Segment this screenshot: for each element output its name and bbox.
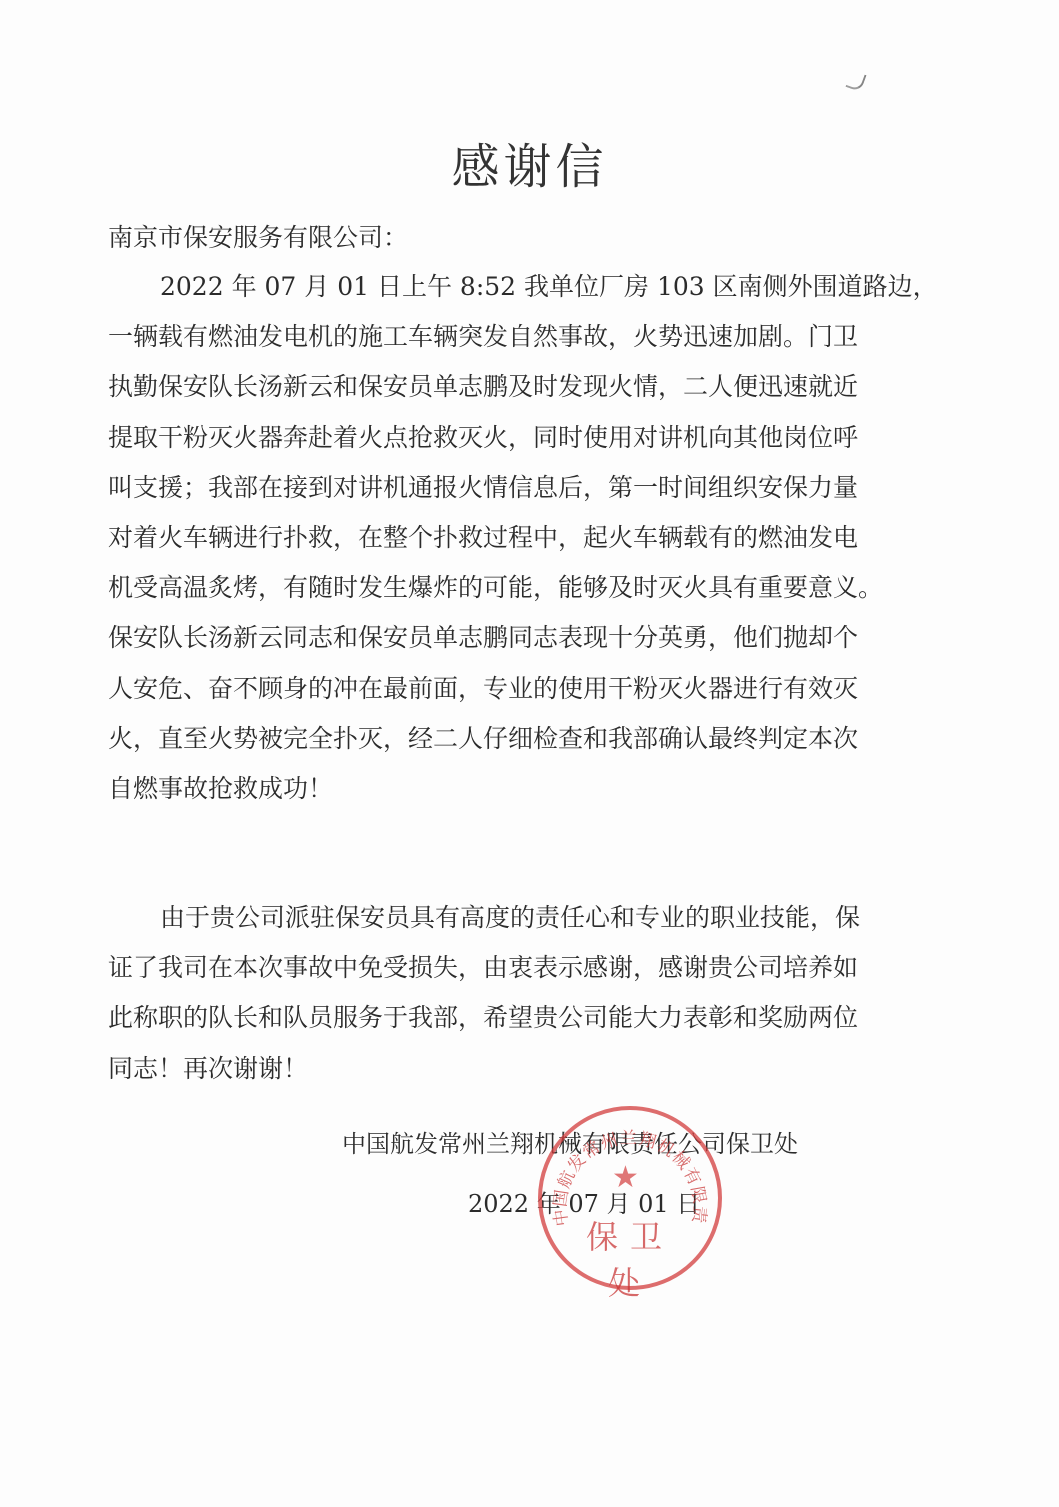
paragraph-2: 由于贵公司派驻保安员具有高度的责任心和专业的职业技能，保 证了我司在本次事故中免… <box>108 893 898 1094</box>
text-line: 此称职的队长和队员服务于我部，希望贵公司能大力表彰和奖励两位 <box>108 993 898 1043</box>
text-line: 对着火车辆进行扑救，在整个扑救过程中，起火车辆载有的燃油发电 <box>108 513 898 563</box>
signature-organization: 中国航发常州兰翔机械有限责任公司保卫处 <box>342 1124 798 1159</box>
text-line: 叫支援；我部在接到对讲机通报火情信息后，第一时间组织安保力量 <box>108 463 898 513</box>
letter-page: 感谢信 南京市保安服务有限公司： 2022 年 07 月 01 日上午 8:52… <box>0 0 1059 1507</box>
paragraph-1: 2022 年 07 月 01 日上午 8:52 我单位厂房 103 区南侧外围道… <box>108 262 898 814</box>
letter-title: 感谢信 <box>0 128 1059 197</box>
text-line: 自燃事故抢救成功！ <box>108 764 898 814</box>
text-line: 提取干粉灭火器奔赴着火点抢救灭火，同时使用对讲机向其他岗位呼 <box>108 413 898 463</box>
text-line: 人安危、奋不顾身的冲在最前面，专业的使用干粉灭火器进行有效灭 <box>108 664 898 714</box>
text-line: 机受高温炙烤，有随时发生爆炸的可能，能够及时灭火具有重要意义。 <box>108 563 898 613</box>
text-line: 同志！再次谢谢！ <box>108 1044 898 1094</box>
text-line: 2022 年 07 月 01 日上午 8:52 我单位厂房 103 区南侧外围道… <box>108 262 898 312</box>
text-line: 由于贵公司派驻保安员具有高度的责任心和专业的职业技能，保 <box>108 893 898 943</box>
salutation: 南京市保安服务有限公司： <box>108 218 408 254</box>
text-line: 执勤保安队长汤新云和保安员单志鹏及时发现火情，二人便迅速就近 <box>108 362 898 412</box>
text-line: 证了我司在本次事故中免受损失，由衷表示感谢，感谢贵公司培养如 <box>108 943 898 993</box>
text-line: 火，直至火势被完全扑灭，经二人仔细检查和我部确认最终判定本次 <box>108 714 898 764</box>
signature-date: 2022 年 07 月 01 日 <box>468 1184 700 1219</box>
seal-bottom-text: 保卫处 <box>570 1212 690 1304</box>
text-line: 一辆载有燃油发电机的施工车辆突发自然事故，火势迅速加剧。门卫 <box>108 312 898 362</box>
text-line: 保安队长汤新云同志和保安员单志鹏同志表现十分英勇，他们抛却个 <box>108 613 898 663</box>
pen-mark-icon <box>845 70 866 92</box>
